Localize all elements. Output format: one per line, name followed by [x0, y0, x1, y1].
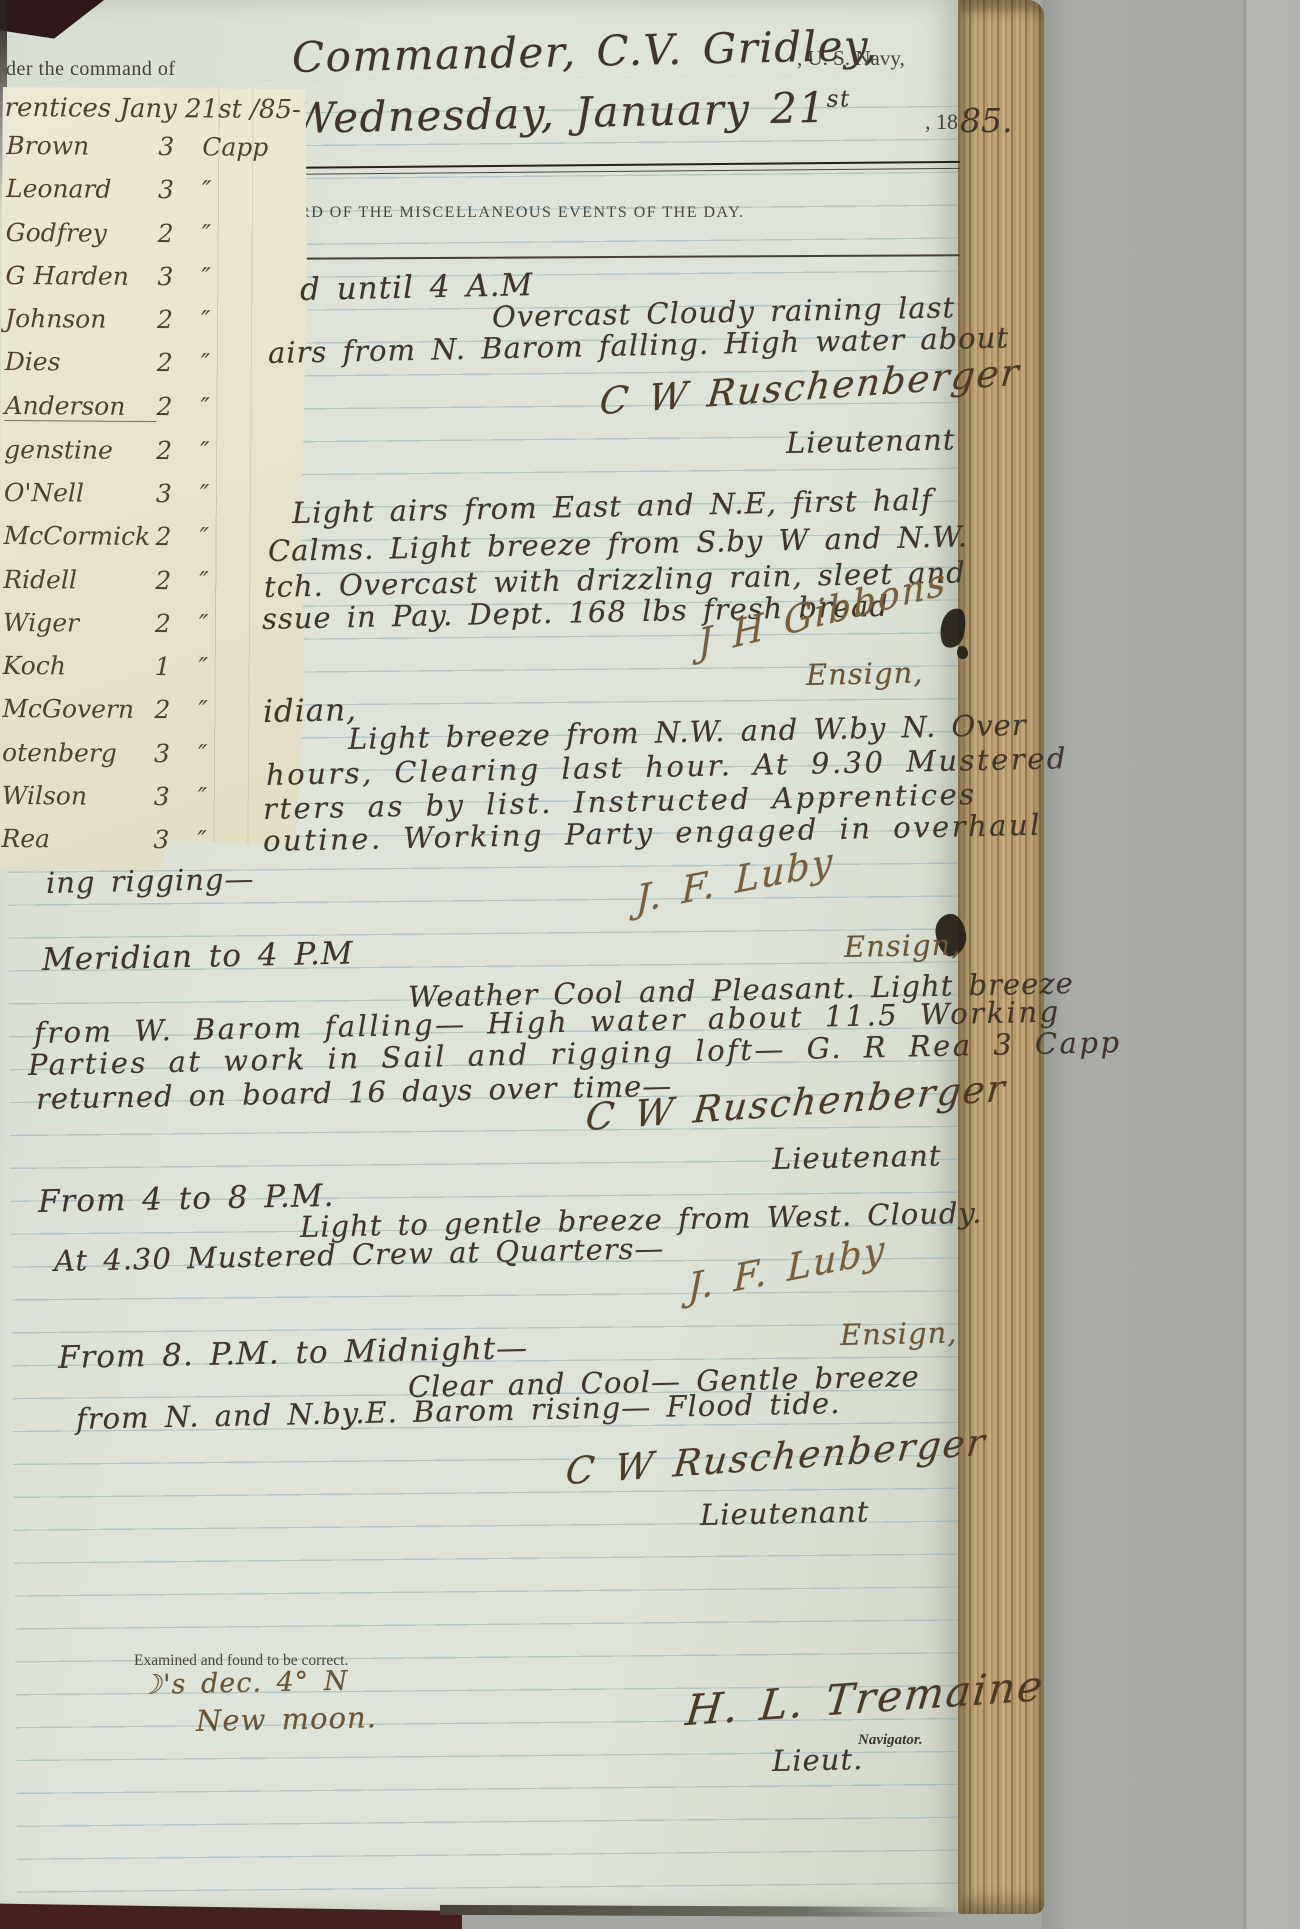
- apprentice-count: 2: [156, 436, 200, 465]
- apprentice-name: otenberg: [2, 737, 154, 767]
- ditto-mark: ″: [201, 262, 245, 291]
- apprentice-count: 2: [156, 392, 200, 421]
- apprentice-count: 2: [155, 522, 199, 551]
- apprentice-name: Wilson: [2, 781, 154, 811]
- slip-row: G Harden3″: [1, 261, 299, 292]
- ink-blot-1b: [957, 646, 968, 659]
- ditto-mark: ″: [201, 349, 245, 378]
- rank-ensign-3: Ensign,: [840, 1316, 958, 1352]
- ditto-mark: ″: [198, 696, 242, 725]
- slip-row: Brown3Capp: [2, 131, 300, 162]
- apprentice-count: 2: [158, 219, 202, 248]
- apprentice-count: 3: [158, 132, 202, 161]
- watch-heading-meridian: idian,: [263, 692, 358, 730]
- ditto-mark: ″: [200, 436, 244, 465]
- rank-lieutenant-2: Lieutenant: [772, 1138, 942, 1176]
- ditto-mark: ″: [199, 609, 243, 638]
- slip-row: genstine2″: [0, 435, 298, 466]
- year-handwritten: 85.: [960, 101, 1012, 140]
- rank-lieutenant-3: Lieutenant: [700, 1494, 870, 1532]
- slip-row: O'Nell3″: [0, 478, 298, 509]
- apprentice-name: G Harden: [5, 261, 157, 291]
- apprentice-name: McGovern: [2, 694, 154, 724]
- slip-row: Wiger2″: [0, 608, 297, 639]
- book-fore-edge: [958, 0, 1044, 1914]
- moon-declination-note: ☽'s dec. 4° N: [138, 1666, 349, 1701]
- apprentice-name: genstine: [4, 435, 156, 465]
- ditto-mark: ″: [199, 523, 243, 552]
- apprentice-count: 3: [157, 262, 201, 291]
- ditto-mark: ″: [201, 305, 245, 334]
- apprentice-name: O'Nell: [4, 478, 156, 508]
- slip-row: otenberg3″: [0, 737, 296, 768]
- apprentice-name: Anderson: [4, 390, 156, 421]
- command-of-label: der the command of: [6, 58, 176, 81]
- ditto-mark: ″: [202, 219, 246, 248]
- attached-slip: rentices Jany 21st /85- Brown3Capp Leona…: [0, 87, 309, 871]
- apprentice-name: Johnson: [5, 304, 157, 334]
- apprentice-name: Wiger: [3, 608, 155, 638]
- slip-row: Ridell2″: [0, 564, 297, 595]
- apprentice-count: 3: [158, 175, 202, 204]
- year-line: , 1885.: [925, 98, 1012, 137]
- logbook-scan: der the command of Commander, C.V. Gridl…: [0, 0, 1300, 1929]
- date-superscript: st: [826, 86, 851, 112]
- slip-row: Wilson3″: [0, 781, 296, 812]
- slip-row: Koch1″: [0, 651, 297, 682]
- apprentice-count: 3: [156, 479, 200, 508]
- ditto-mark: ″: [199, 652, 243, 681]
- apprentice-count: 3: [154, 739, 198, 768]
- ditto-mark: ″: [199, 566, 243, 595]
- slip-row: Johnson2″: [1, 304, 299, 335]
- slip-row: Dies2″: [1, 347, 299, 378]
- apprentice-name: Koch: [3, 651, 155, 681]
- apprentice-count: 3: [154, 782, 198, 811]
- ditto-mark: ″: [198, 739, 242, 768]
- us-navy-label: , U. S. Navy,: [797, 46, 905, 71]
- section-title: ORD OF THE MISCELLANEOUS EVENTS OF THE D…: [286, 204, 745, 222]
- navigator-label: Navigator.: [858, 1732, 923, 1749]
- rank-ensign-2: Ensign,: [844, 928, 962, 964]
- apprentice-count: 2: [155, 566, 199, 595]
- apprentice-name: Ridell: [3, 564, 155, 594]
- apprentice-count: 2: [157, 305, 201, 334]
- apprentice-name: Godfrey: [6, 217, 158, 247]
- log-line: ing rigging—: [46, 862, 255, 900]
- apprentice-count: 1: [155, 652, 199, 681]
- slip-row: McGovern2″: [0, 694, 296, 725]
- year-printed-prefix: , 18: [925, 109, 958, 134]
- slip-rows: Brown3Capp Leonard3″ Godfrey2″ G Harden3…: [0, 131, 300, 855]
- apprentice-name: McCormick: [3, 521, 155, 551]
- watch-heading-4-8pm: From 4 to 8 P.M.: [38, 1178, 335, 1220]
- apprentice-count: 2: [154, 695, 198, 724]
- watch-heading-meridian-4pm: Meridian to 4 P.M: [42, 935, 354, 978]
- page-bottom-shadow: [440, 1905, 960, 1917]
- apprentice-name: Leonard: [6, 174, 158, 204]
- apprentice-name: Rea: [1, 824, 153, 854]
- moon-phase-note: New moon.: [196, 1700, 378, 1738]
- rank-lieut-navigator: Lieut.: [772, 1742, 864, 1778]
- apprentice-name: Dies: [5, 347, 157, 377]
- ditto-mark: ″: [198, 782, 242, 811]
- slip-title: rentices Jany 21st /85-: [4, 93, 300, 125]
- apprentice-unit: Capp: [202, 132, 246, 161]
- ditto-mark: ″: [200, 392, 244, 421]
- slip-row: Godfrey2″: [2, 217, 300, 248]
- ditto-mark: ″: [202, 176, 246, 205]
- apprentice-name: Brown: [6, 131, 158, 161]
- photo-background: [1042, 0, 1300, 1929]
- rank-lieutenant-1: Lieutenant: [786, 422, 956, 460]
- rank-ensign-1: Ensign,: [806, 656, 924, 692]
- slip-row: Anderson2″: [0, 390, 298, 422]
- slip-row: McCormick2″: [0, 521, 298, 552]
- apprentice-count: 2: [157, 348, 201, 377]
- ditto-mark: ″: [200, 479, 244, 508]
- slip-row: Leonard3″: [2, 174, 300, 205]
- apprentice-count: 2: [155, 609, 199, 638]
